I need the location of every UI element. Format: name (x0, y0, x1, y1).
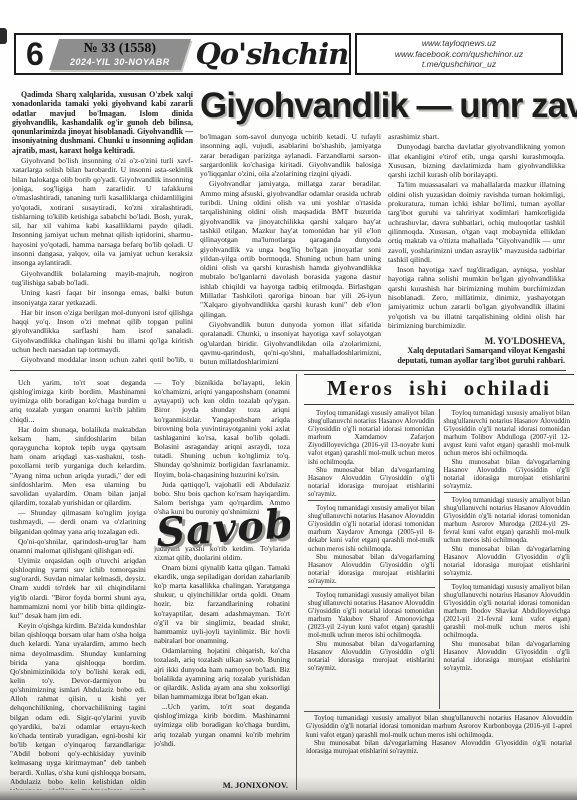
paragraph: bo'lmagan som-savol dunyoga uchirib keta… (200, 132, 381, 178)
notary-notice: Toyloq tumanidagi xususiy amaliyot bilan… (444, 496, 571, 580)
notice-footer: Shu munosabat bilan da'vogarlarning Hasa… (308, 466, 435, 501)
article2-column-1: Uch yarim, to'rt soat deganda qishlog'im… (10, 378, 146, 790)
paragraph: Dunyodagi barcha davlatlar giyohvandlikn… (388, 142, 565, 179)
paragraph: Ta'lim muassasalari va mahallalarda mazk… (388, 180, 565, 264)
notice-body: Toyloq tumanidagi xususiy amaliyot bilan… (308, 504, 435, 553)
notice-body: Toyloq tumanidagi xususiy amaliyot bilan… (444, 496, 571, 545)
article2-column-2: — To'y biznikida bo'layapti, lekin ko'ch… (154, 378, 290, 790)
paragraph: Uch yarim, to'rt soat deganda qishlog'im… (10, 378, 146, 424)
article1-headline: Giyohvandlik — umr zavoli (200, 86, 570, 128)
contacts-box: www.tayloqnews.uz www.facebook.com/qushc… (355, 33, 563, 75)
paragraph: — To'y biznikida bo'layapti, lekin ko'ch… (154, 378, 290, 479)
newspaper-title: Qo'shchinor (188, 37, 352, 71)
masthead-row: 6 № 33 (1558) 2024-YIL 30-NOYABR Qo'shch… (14, 33, 563, 75)
article1-column-3: asrashimiz shart. Dunyodagi barcha davla… (388, 132, 565, 366)
paragraph: Har doim shunaqa, bolalikda maktabdan ke… (10, 425, 146, 507)
notice-footer: Shu munosabat bilan da'vogarlarning Hasa… (306, 739, 572, 756)
article2-title: Savob (156, 520, 290, 538)
paragraph: Uning kasri faqat bir insonga emas, balk… (12, 288, 193, 307)
issue-date: 2024-YIL 30-NOYABR (70, 57, 170, 68)
notice-body: Toyloq tumanidagi xususiy amaliyot bilan… (444, 583, 571, 640)
article1-byline: M. YO'LDOSHEVA, Xalq deputatlari Samarqa… (388, 334, 565, 366)
article2-byline: M. JONIXONOV. (154, 779, 290, 790)
notary-notice: Toyloq tumanidagi xususiy amaliyot bilan… (444, 583, 571, 674)
article1-column-2: bo'lmagan som-savol dunyoga uchirib keta… (200, 132, 381, 366)
article1-column-1: Qadimda Sharq xalqlarida, xususan O'zbek… (12, 90, 193, 366)
author-role: Xalq deputatlari Samarqand viloyat Kenga… (388, 346, 565, 366)
notice-body: Toyloq tumanidagi xususiy amaliyot bilan… (308, 591, 435, 640)
newspaper-page: 6 № 33 (1558) 2024-YIL 30-NOYABR Qo'shch… (0, 0, 577, 800)
paragraph: Odamlarning hojatini chiqarish, ko'cha t… (154, 646, 290, 701)
article1-lead-paragraph: Qadimda Sharq xalqlarida, xususan O'zbek… (12, 90, 193, 155)
meros-column-right: Toyloq tumanidagi xususiy amaliyot bilan… (440, 409, 575, 709)
notary-notice: Toyloq tumanidagi xususiy amaliyot bilan… (444, 409, 571, 493)
paragraph: Giyohvandlik bolalarning mayib-majruh, n… (12, 269, 193, 288)
page-number: 6 (16, 35, 52, 73)
notary-notice: Toyloq tumanidagi xususiy amaliyot bilan… (308, 591, 435, 674)
notice-footer: Shu munosabat bilan da'vogarlarning Hasa… (308, 640, 435, 674)
notary-notice: Toyloq tumanidagi xususiy amaliyot bilan… (308, 504, 435, 588)
scan-corner-mark (0, 28, 7, 44)
notice-footer: Shu munosabat bilan da'vogarlarning Hasa… (444, 545, 571, 580)
section-divider (10, 370, 566, 371)
meros-column-left: Toyloq tumanidagi xususiy amaliyot bilan… (304, 409, 439, 709)
notice-body: Toyloq tumanidagi xususiy amaliyot bilan… (308, 409, 435, 466)
meros-section-title: Meros ishi ochiladi (304, 374, 574, 405)
notary-notice-full-width: Toyloq tumanidagi xususiy amaliyot bilan… (304, 711, 574, 800)
paragraph: — Shunday qilmasam ko'nglim joyiga tushm… (10, 508, 146, 535)
facebook-url: www.facebook.com/qushchinor.uz (357, 49, 561, 60)
notice-body: Toyloq tumanidagi xususiy amaliyot bilan… (444, 409, 571, 458)
notice-footer: Shu munosabat bilan da'vogarlarning Hasa… (308, 553, 435, 588)
notary-notice: Toyloq tumanidagi xususiy amaliyot bilan… (308, 409, 435, 501)
paragraph: Giyohvand bo'lish insonning o'zi o'z-o'z… (12, 156, 193, 268)
paragraph: Har bir inson o'ziga berilgan mol-dunyon… (12, 308, 193, 354)
notice-footer: Shu munosabat bilan da'vogarlarning Hasa… (444, 458, 571, 493)
paragraph: Giyohvandlar jamiyatga, millatga zarar b… (200, 179, 381, 318)
paragraph: asrashimiz shart. (388, 132, 565, 141)
paragraph: Uyimiz orqasidan oqib o'tuvchi ariqdan q… (10, 556, 146, 620)
author-name: M. YO'LDOSHEVA, (388, 336, 565, 346)
paragraph: Keyin o'qishga kirdim. Ba'zida kundoshla… (10, 621, 146, 790)
paragraph: Onam bizni qiynalib katta qilgan. Tamaki… (154, 563, 290, 645)
masthead-box: 6 № 33 (1558) 2024-YIL 30-NOYABR Qo'shch… (14, 33, 351, 75)
paragraph: Giyohvand moddalar inson uchun zahri qot… (12, 355, 193, 366)
website-url: www.tayloqnews.uz (357, 38, 561, 49)
telegram-url: t.me/qushchinor_uz (357, 59, 561, 70)
notice-footer: Shu munosabat bilan da'vogarlarning Hasa… (444, 640, 571, 674)
notice-body: Toyloq tumanidagi xususiy amaliyot bilan… (306, 714, 572, 739)
meros-section: Meros ishi ochiladi Toyloq tumanidagi xu… (296, 374, 574, 790)
scan-edge-shade (0, 790, 577, 800)
paragraph: ...Uch yarim, to'rt soat deganda qishlog… (154, 702, 290, 748)
paragraph: Inson hayotiga xavf tug'diradigan, ayniq… (388, 265, 565, 330)
paragraph: Qo'ni-qo'shnilar, qarindosh-urug'lar ham… (10, 537, 146, 555)
paragraph: Giyohvandlik butun dunyoda yomon illat s… (200, 320, 381, 366)
issue-slab: № 33 (1558) 2024-YIL 30-NOYABR (49, 39, 191, 70)
issue-number: № 33 (1558) (70, 41, 170, 57)
